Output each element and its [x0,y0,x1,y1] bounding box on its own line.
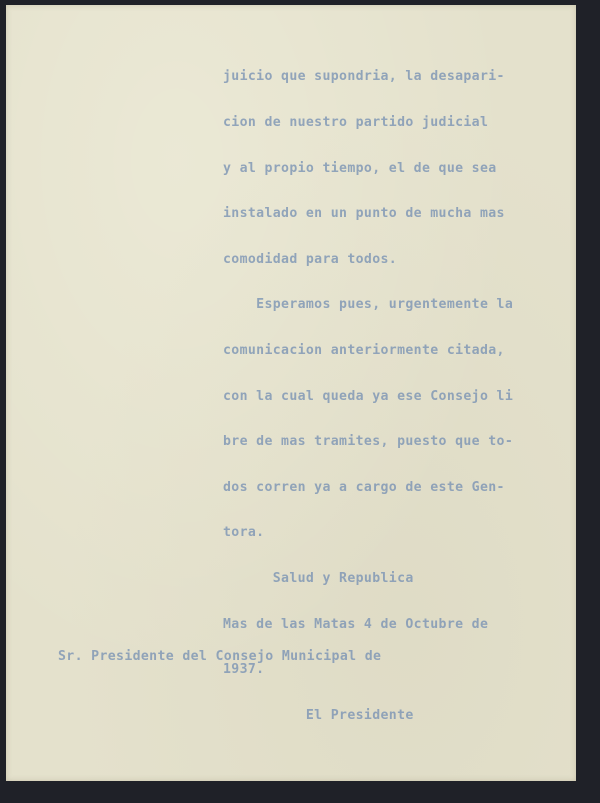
body-line: comunicacion anteriormente citada, [223,343,513,358]
year-line: 1937. [223,662,513,677]
salutation-line: Salud y Republica [223,571,513,586]
body-line: instalado en un punto de mucha mas [223,206,513,221]
document-page: juicio que supondria, la desapari- cion … [6,5,576,781]
body-line: tora. [223,525,513,540]
body-line: cion de nuestro partido judicial [223,115,513,130]
body-line: juicio que supondria, la desapari- [223,69,513,84]
letter-body: juicio que supondria, la desapari- cion … [223,39,513,753]
place-date-line: Mas de las Matas 4 de Octubre de [223,617,513,632]
body-line: con la cual queda ya ese Consejo li [223,389,513,404]
body-line: Esperamos pues, urgentemente la [223,297,513,312]
addressee-line: Sr. Presidente del Consejo Municipal de [58,649,381,664]
body-line: dos corren ya a cargo de este Gen- [223,480,513,495]
body-line: bre de mas tramites, puesto que to- [223,434,513,449]
signatory-line: El Presidente [223,708,513,723]
body-line: comodidad para todos. [223,252,513,267]
body-line: y al propio tiempo, el de que sea [223,161,513,176]
